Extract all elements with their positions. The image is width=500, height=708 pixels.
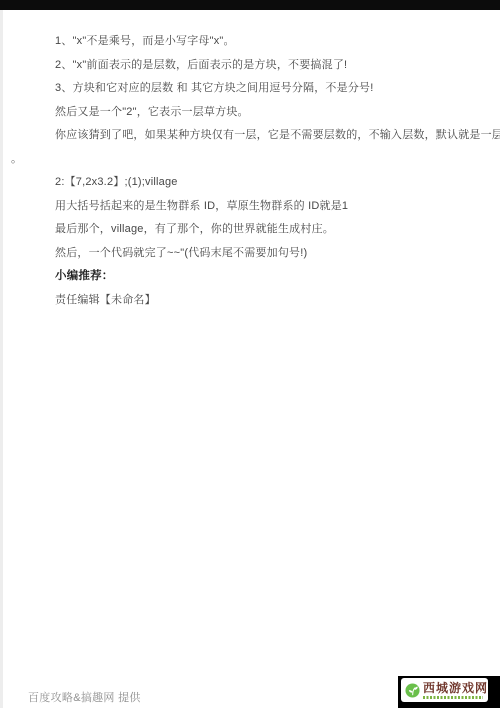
article-line-1: 1、"x"不是乘号，而是小写字母"x"。: [55, 30, 495, 54]
article-code-line: 2:【7,2x3.2】;(1);village: [55, 171, 495, 195]
footer-credit: 百度攻略&搞趣网 提供: [28, 689, 141, 705]
article-line-5: 你应该猜到了吧，如果某种方块仅有一层，它是不需要层数的，不输入层数，默认就是一层: [55, 124, 495, 148]
watermark-backdrop: 西城游戏网: [398, 676, 500, 708]
editor-credit-line: 责任编辑【未命名】: [55, 289, 495, 313]
article-line-9: 然后，一个代码就完了~~"(代码末尾不需要加句号!): [55, 242, 495, 266]
article-line-3: 3、方块和它对应的层数 和 其它方块之间用逗号分隔，不是分号!: [55, 77, 495, 101]
site-url-microtext: [423, 696, 483, 699]
article-body: 1、"x"不是乘号，而是小写字母"x"。 2、"x"前面表示的是层数，后面表示的…: [55, 30, 495, 312]
top-bar: [0, 0, 500, 10]
site-logo-badge: 西城游戏网: [401, 678, 488, 702]
article-line-8: 最后那个，village，有了那个，你的世界就能生成村庄。: [55, 218, 495, 242]
article-line-4: 然后又是一个"2"，它表示一层草方块。: [55, 101, 495, 125]
article-line-wrap-period: 。: [11, 148, 495, 172]
sprout-icon: [405, 683, 420, 698]
site-name: 西城游戏网: [423, 682, 488, 694]
article-line-7: 用大括号括起来的是生物群系 ID，草原生物群系的 ID就是1: [55, 195, 495, 219]
page-left-edge: [0, 10, 3, 708]
logo-text-column: 西城游戏网: [423, 682, 488, 699]
editor-recommend-heading: 小编推荐：: [55, 265, 495, 289]
article-line-2: 2、"x"前面表示的是层数，后面表示的是方块，不要搞混了!: [55, 54, 495, 78]
